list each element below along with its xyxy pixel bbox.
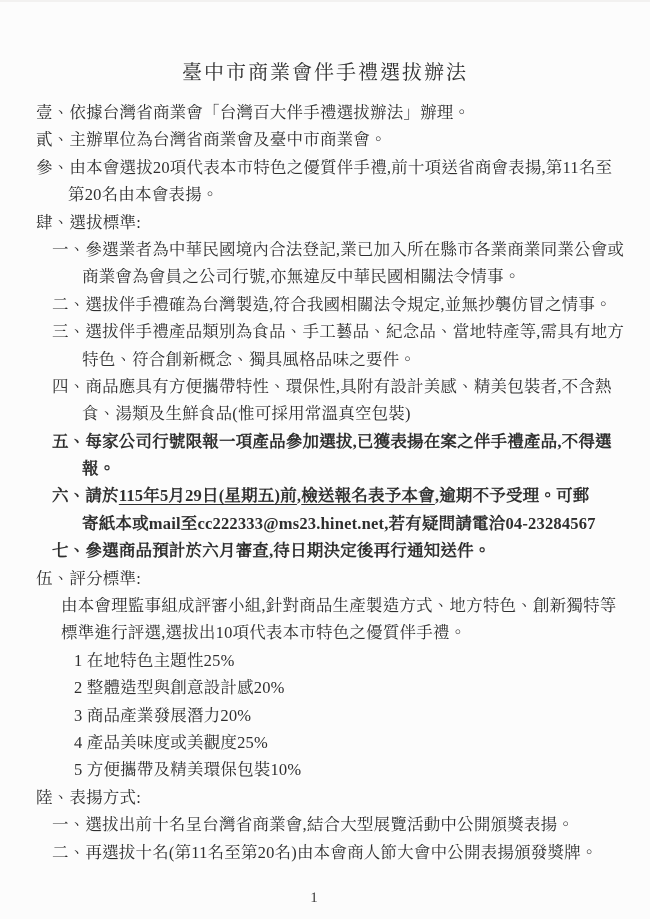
text-segment: 由本會理監事組成評審小組,針對商品生產製造方式、地方特色、創新獨特等: [61, 596, 616, 615]
text-segment: 報。: [82, 459, 115, 478]
page-number: 1: [0, 890, 628, 907]
document-line: 陸、表揚方式:: [36, 784, 650, 811]
text-segment: 4 產品美味度或美觀度25%: [74, 733, 268, 752]
text-segment: 壹、依據台灣省商業會「台灣百大伴手禮選拔辦法」辦理。: [36, 103, 470, 122]
document-line: 3 商品產業發展潛力20%: [74, 702, 650, 729]
text-segment: 3 商品產業發展潛力20%: [74, 706, 251, 725]
document-page: 臺中市商業會伴手禮選拔辦法 壹、依據台灣省商業會「台灣百大伴手禮選拔辦法」辦理。…: [0, 0, 650, 919]
document-line: 4 產品美味度或美觀度25%: [74, 729, 650, 756]
text-segment: 二、再選拔十名(第11名至第20名)由本會商人節大會中公開表揚頒發獎牌。: [52, 843, 598, 862]
text-segment: 特色、符合創新概念、獨具風格品味之要件。: [82, 350, 416, 369]
text-segment: 1 在地特色主題性25%: [74, 651, 235, 670]
document-line: 一、參選業者為中華民國境內合法登記,業已加入所在縣市各業商業同業公會或: [52, 236, 650, 263]
text-segment: ,逾期不予受理。可郵: [435, 486, 590, 505]
document-line: 五、每家公司行號限報一項產品參加選拔,已獲表揚在案之伴手禮產品,不得選: [52, 428, 650, 455]
text-segment: 2 整體造型與創意設計感20%: [74, 678, 285, 697]
document-line: 壹、依據台灣省商業會「台灣百大伴手禮選拔辦法」辦理。: [36, 99, 650, 126]
text-segment: 五、每家公司行號限報一項產品參加選拔,已獲表揚在案之伴手禮產品,不得選: [52, 432, 612, 451]
document-line: 標準進行評選,選拔出10項代表本市特色之優質伴手禮。: [61, 619, 650, 646]
text-segment: 貳、主辦單位為台灣省商業會及臺中市商業會。: [36, 130, 387, 149]
document-line: 特色、符合創新概念、獨具風格品味之要件。: [82, 346, 650, 373]
document-line: 參、由本會選拔20項代表本市特色之優質伴手禮,前十項送省商會表揚,第11名至: [36, 154, 650, 181]
document-line: 三、選拔伴手禮產品類別為食品、手工藝品、紀念品、當地特產等,需具有地方: [52, 318, 650, 345]
text-segment: 七、參選商品預計於六月審查,待日期決定後再行通知送件。: [52, 541, 491, 560]
document-line: 伍、評分標準:: [36, 565, 650, 592]
text-segment: 標準進行評選,選拔出10項代表本市特色之優質伴手禮。: [61, 623, 466, 642]
document-line: 四、商品應具有方便攜帶特性、環保性,具附有設計美感、精美包裝者,不含熱: [52, 373, 650, 400]
document-line: 商業會為會員之公司行號,亦無違反中華民國相關法令情事。: [82, 263, 650, 290]
text-segment: 商業會為會員之公司行號,亦無違反中華民國相關法令情事。: [82, 267, 521, 286]
text-segment: 參、由本會選拔20項代表本市特色之優質伴手禮,前十項送省商會表揚,第11名至: [36, 158, 612, 177]
underlined-text: 檢送報名表予本會: [301, 486, 435, 505]
document-line: 六、請於115年5月29日(星期五)前,檢送報名表予本會,逾期不予受理。可郵: [52, 482, 650, 509]
document-line: 二、選拔伴手禮確為台灣製造,符合我國相關法令規定,並無抄襲仿冒之情事。: [52, 291, 650, 318]
document-line: 1 在地特色主題性25%: [74, 647, 650, 674]
document-line: 食、湯類及生鮮食品(惟可採用常溫真空包裝): [82, 400, 650, 427]
document-line: 寄紙本或mail至cc222333@ms23.hinet.net,若有疑問請電洽…: [82, 510, 650, 537]
text-segment: 肆、選拔標準:: [36, 213, 141, 232]
text-segment: 第20名由本會表揚。: [68, 185, 219, 204]
document-title: 臺中市商業會伴手禮選拔辦法: [0, 2, 650, 88]
text-segment: 三、選拔伴手禮產品類別為食品、手工藝品、紀念品、當地特產等,需具有地方: [52, 322, 624, 341]
text-segment: 寄紙本或mail至cc222333@ms23.hinet.net,若有疑問請電洽…: [82, 514, 596, 533]
document-line: 5 方便攜帶及精美環保包裝10%: [74, 756, 650, 783]
text-segment: 六、請於: [52, 486, 119, 505]
document-line: 2 整體造型與創意設計感20%: [74, 674, 650, 701]
text-segment: 一、選拔出前十名呈台灣省商業會,結合大型展覽活動中公開頒獎表揚。: [52, 815, 574, 834]
document-line: 肆、選拔標準:: [36, 209, 650, 236]
text-segment: 陸、表揚方式:: [36, 788, 141, 807]
document-line: 一、選拔出前十名呈台灣省商業會,結合大型展覽活動中公開頒獎表揚。: [52, 811, 650, 838]
text-segment: 食、湯類及生鮮食品(惟可採用常溫真空包裝): [82, 404, 411, 423]
document-line: 第20名由本會表揚。: [68, 181, 650, 208]
document-line: 由本會理監事組成評審小組,針對商品生產製造方式、地方特色、創新獨特等: [61, 592, 650, 619]
document-line: 二、再選拔十名(第11名至第20名)由本會商人節大會中公開表揚頒發獎牌。: [52, 839, 650, 866]
document-body: 壹、依據台灣省商業會「台灣百大伴手禮選拔辦法」辦理。貳、主辦單位為台灣省商業會及…: [0, 99, 650, 866]
text-segment: 四、商品應具有方便攜帶特性、環保性,具附有設計美感、精美包裝者,不含熱: [52, 377, 612, 396]
text-segment: 二、選拔伴手禮確為台灣製造,符合我國相關法令規定,並無抄襲仿冒之情事。: [52, 295, 612, 314]
document-line: 七、參選商品預計於六月審查,待日期決定後再行通知送件。: [52, 537, 650, 564]
text-segment: 伍、評分標準:: [36, 569, 141, 588]
document-line: 貳、主辦單位為台灣省商業會及臺中市商業會。: [36, 126, 650, 153]
text-segment: 一、參選業者為中華民國境內合法登記,業已加入所在縣市各業商業同業公會或: [52, 240, 624, 259]
document-line: 報。: [82, 455, 650, 482]
underlined-text: 115年5月29日(星期五)前: [119, 486, 297, 505]
text-segment: 5 方便攜帶及精美環保包裝10%: [74, 760, 301, 779]
